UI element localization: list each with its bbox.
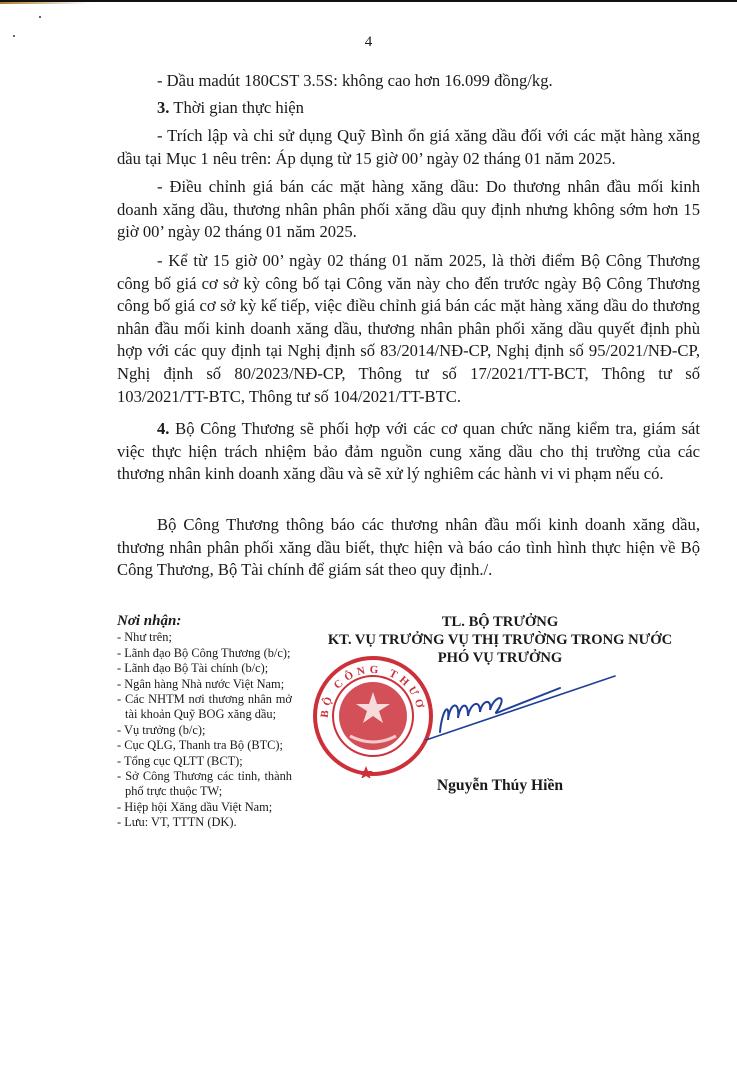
- signature-line-1: TL. BỘ TRƯỞNG: [290, 613, 710, 631]
- paragraph-text: - Dầu madút 180CST 3.5S: không cao hơn 1…: [157, 71, 553, 90]
- recipient-item: - Hiệp hội Xăng dầu Việt Nam;: [117, 800, 292, 815]
- paragraph-effective-period: - Kể từ 15 giờ 00’ ngày 02 tháng 01 năm …: [117, 250, 700, 408]
- recipient-item: - Ngân hàng Nhà nước Việt Nam;: [117, 677, 292, 692]
- recipients-list: Nơi nhận: - Như trên; - Lãnh đạo Bộ Công…: [117, 614, 292, 831]
- section-number: 4.: [157, 419, 169, 438]
- paragraph-closing-notice: Bộ Công Thương thông báo các thương nhân…: [117, 514, 700, 582]
- recipient-item: - Lãnh đạo Bộ Công Thương (b/c);: [117, 646, 292, 661]
- section-4-paragraph: 4. Bộ Công Thương sẽ phối hợp với các cơ…: [117, 418, 700, 486]
- recipient-item: - Vụ trưởng (b/c);: [117, 723, 292, 738]
- paragraph-fund-timing: - Trích lập và chi sử dụng Quỹ Bình ổn g…: [117, 125, 700, 170]
- recipient-item: - Như trên;: [117, 630, 292, 645]
- paragraph-price-adjustment: - Điều chỉnh giá bán các mặt hàng xăng d…: [117, 176, 700, 244]
- recipient-item: - Cục QLG, Thanh tra Bộ (BTC);: [117, 738, 292, 753]
- section-number: 3.: [157, 98, 169, 117]
- signer-name: Nguyễn Thúy Hiền: [400, 777, 600, 795]
- signature-line-2: KT. VỤ TRƯỞNG VỤ THỊ TRƯỜNG TRONG NƯỚC: [290, 631, 710, 649]
- recipient-item: - Lãnh đạo Bộ Tài chính (b/c);: [117, 661, 292, 676]
- section-3-heading: 3. Thời gian thực hiện: [117, 97, 700, 120]
- recipients-title: Nơi nhận:: [117, 614, 292, 629]
- paragraph-text: - Điều chỉnh giá bán các mặt hàng xăng d…: [117, 177, 700, 241]
- recipient-item: - Sở Công Thương các tỉnh, thành phố trự…: [117, 769, 292, 800]
- recipient-item: - Các NHTM nơi thương nhân mở tài khoản …: [117, 692, 292, 723]
- signature-block: TL. BỘ TRƯỞNG KT. VỤ TRƯỞNG VỤ THỊ TRƯỜN…: [290, 613, 710, 667]
- paragraph-text: Bộ Công Thương thông báo các thương nhân…: [117, 515, 700, 579]
- recipient-item: - Lưu: VT, TTTN (DK).: [117, 815, 292, 830]
- signature-line-3: PHÓ VỤ TRƯỞNG: [290, 649, 710, 667]
- paragraph-text: - Trích lập và chi sử dụng Quỹ Bình ổn g…: [117, 126, 700, 168]
- paragraph-text: Bộ Công Thương sẽ phối hợp với các cơ qu…: [117, 419, 700, 483]
- paragraph-text: - Kể từ 15 giờ 00’ ngày 02 tháng 01 năm …: [117, 251, 700, 406]
- scan-speck: [39, 16, 41, 18]
- page-number: 4: [0, 34, 737, 51]
- section-title: Thời gian thực hiện: [169, 98, 304, 117]
- page-top-border: [0, 0, 737, 2]
- paragraph-fuel-oil-price: - Dầu madút 180CST 3.5S: không cao hơn 1…: [117, 70, 700, 93]
- recipient-item: - Tổng cục QLTT (BCT);: [117, 754, 292, 769]
- handwritten-signature-icon: [420, 670, 630, 750]
